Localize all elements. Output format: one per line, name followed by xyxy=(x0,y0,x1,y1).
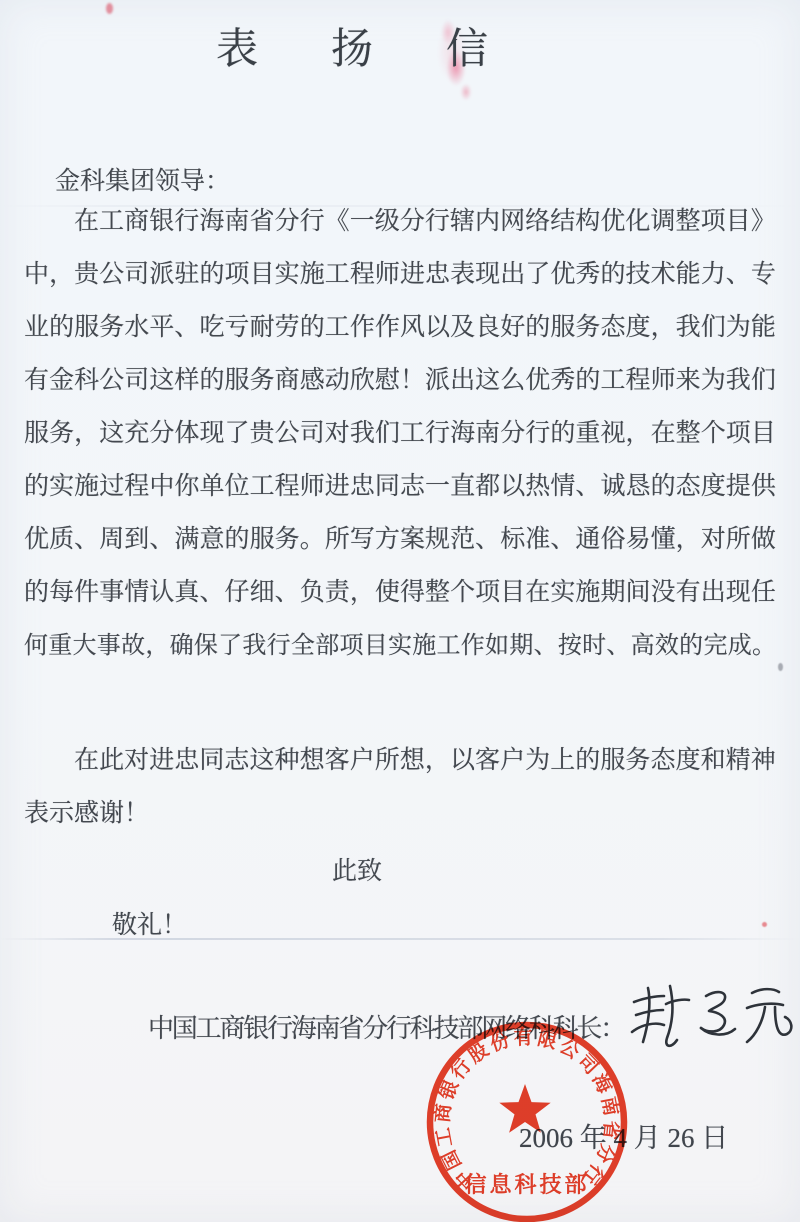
closing-cizhi: 此致 xyxy=(332,851,382,887)
salutation: 金科集团领导： xyxy=(55,161,230,197)
handwritten-signature xyxy=(626,976,798,1060)
scanned-letter-page: { "letter": { "title": "表扬信", "salutatio… xyxy=(0,0,800,1222)
body-line: 在此对进忠同志这种想客户所想，以客户为上的服务态度和精神 xyxy=(24,745,776,777)
body-line: 的每件事情认真、仔细、负责，使得整个项目在实施期间没有出现任 xyxy=(24,577,776,609)
body-line: 表示感谢！ xyxy=(24,798,149,830)
red-speck-right xyxy=(762,922,767,927)
body-line: 中，贵公司派驻的项目实施工程师进忠表现出了优秀的技术能力、专 xyxy=(24,259,776,291)
seal-bottom-text: 信息科技部 xyxy=(464,1172,589,1197)
body-line: 何重大事故，确保了我行全部项目实施工作如期、按时、高效的完成。 xyxy=(24,630,776,662)
body-line: 的实施过程中你单位工程师进忠同志一直都以热情、诚恳的态度提供 xyxy=(24,471,776,503)
closing-jingli: 敬礼！ xyxy=(112,905,187,941)
letter-date: 2006 年 4 月 26 日 xyxy=(519,1116,728,1155)
body-line: 业的服务水平、吃亏耐劳的工作作风以及良好的服务态度，我们为能 xyxy=(24,312,776,344)
red-speck-top-left xyxy=(106,3,113,14)
body-line: 服务，这充分体现了贵公司对我们工行海南分行的重视，在整个项目 xyxy=(24,418,776,450)
gray-speck-right xyxy=(778,663,783,671)
body-line: 在工商银行海南省分行《一级分行辖内网络结构优化调整项目》 xyxy=(24,206,776,238)
body-line: 优质、周到、满意的服务。所写方案规范、标准、通俗易懂，对所做 xyxy=(24,524,776,556)
letter-title: 表扬信 xyxy=(216,16,561,76)
body-line: 有金科公司这样的服务商感动欣慰！派出这么优秀的工程师来为我们 xyxy=(24,365,776,397)
